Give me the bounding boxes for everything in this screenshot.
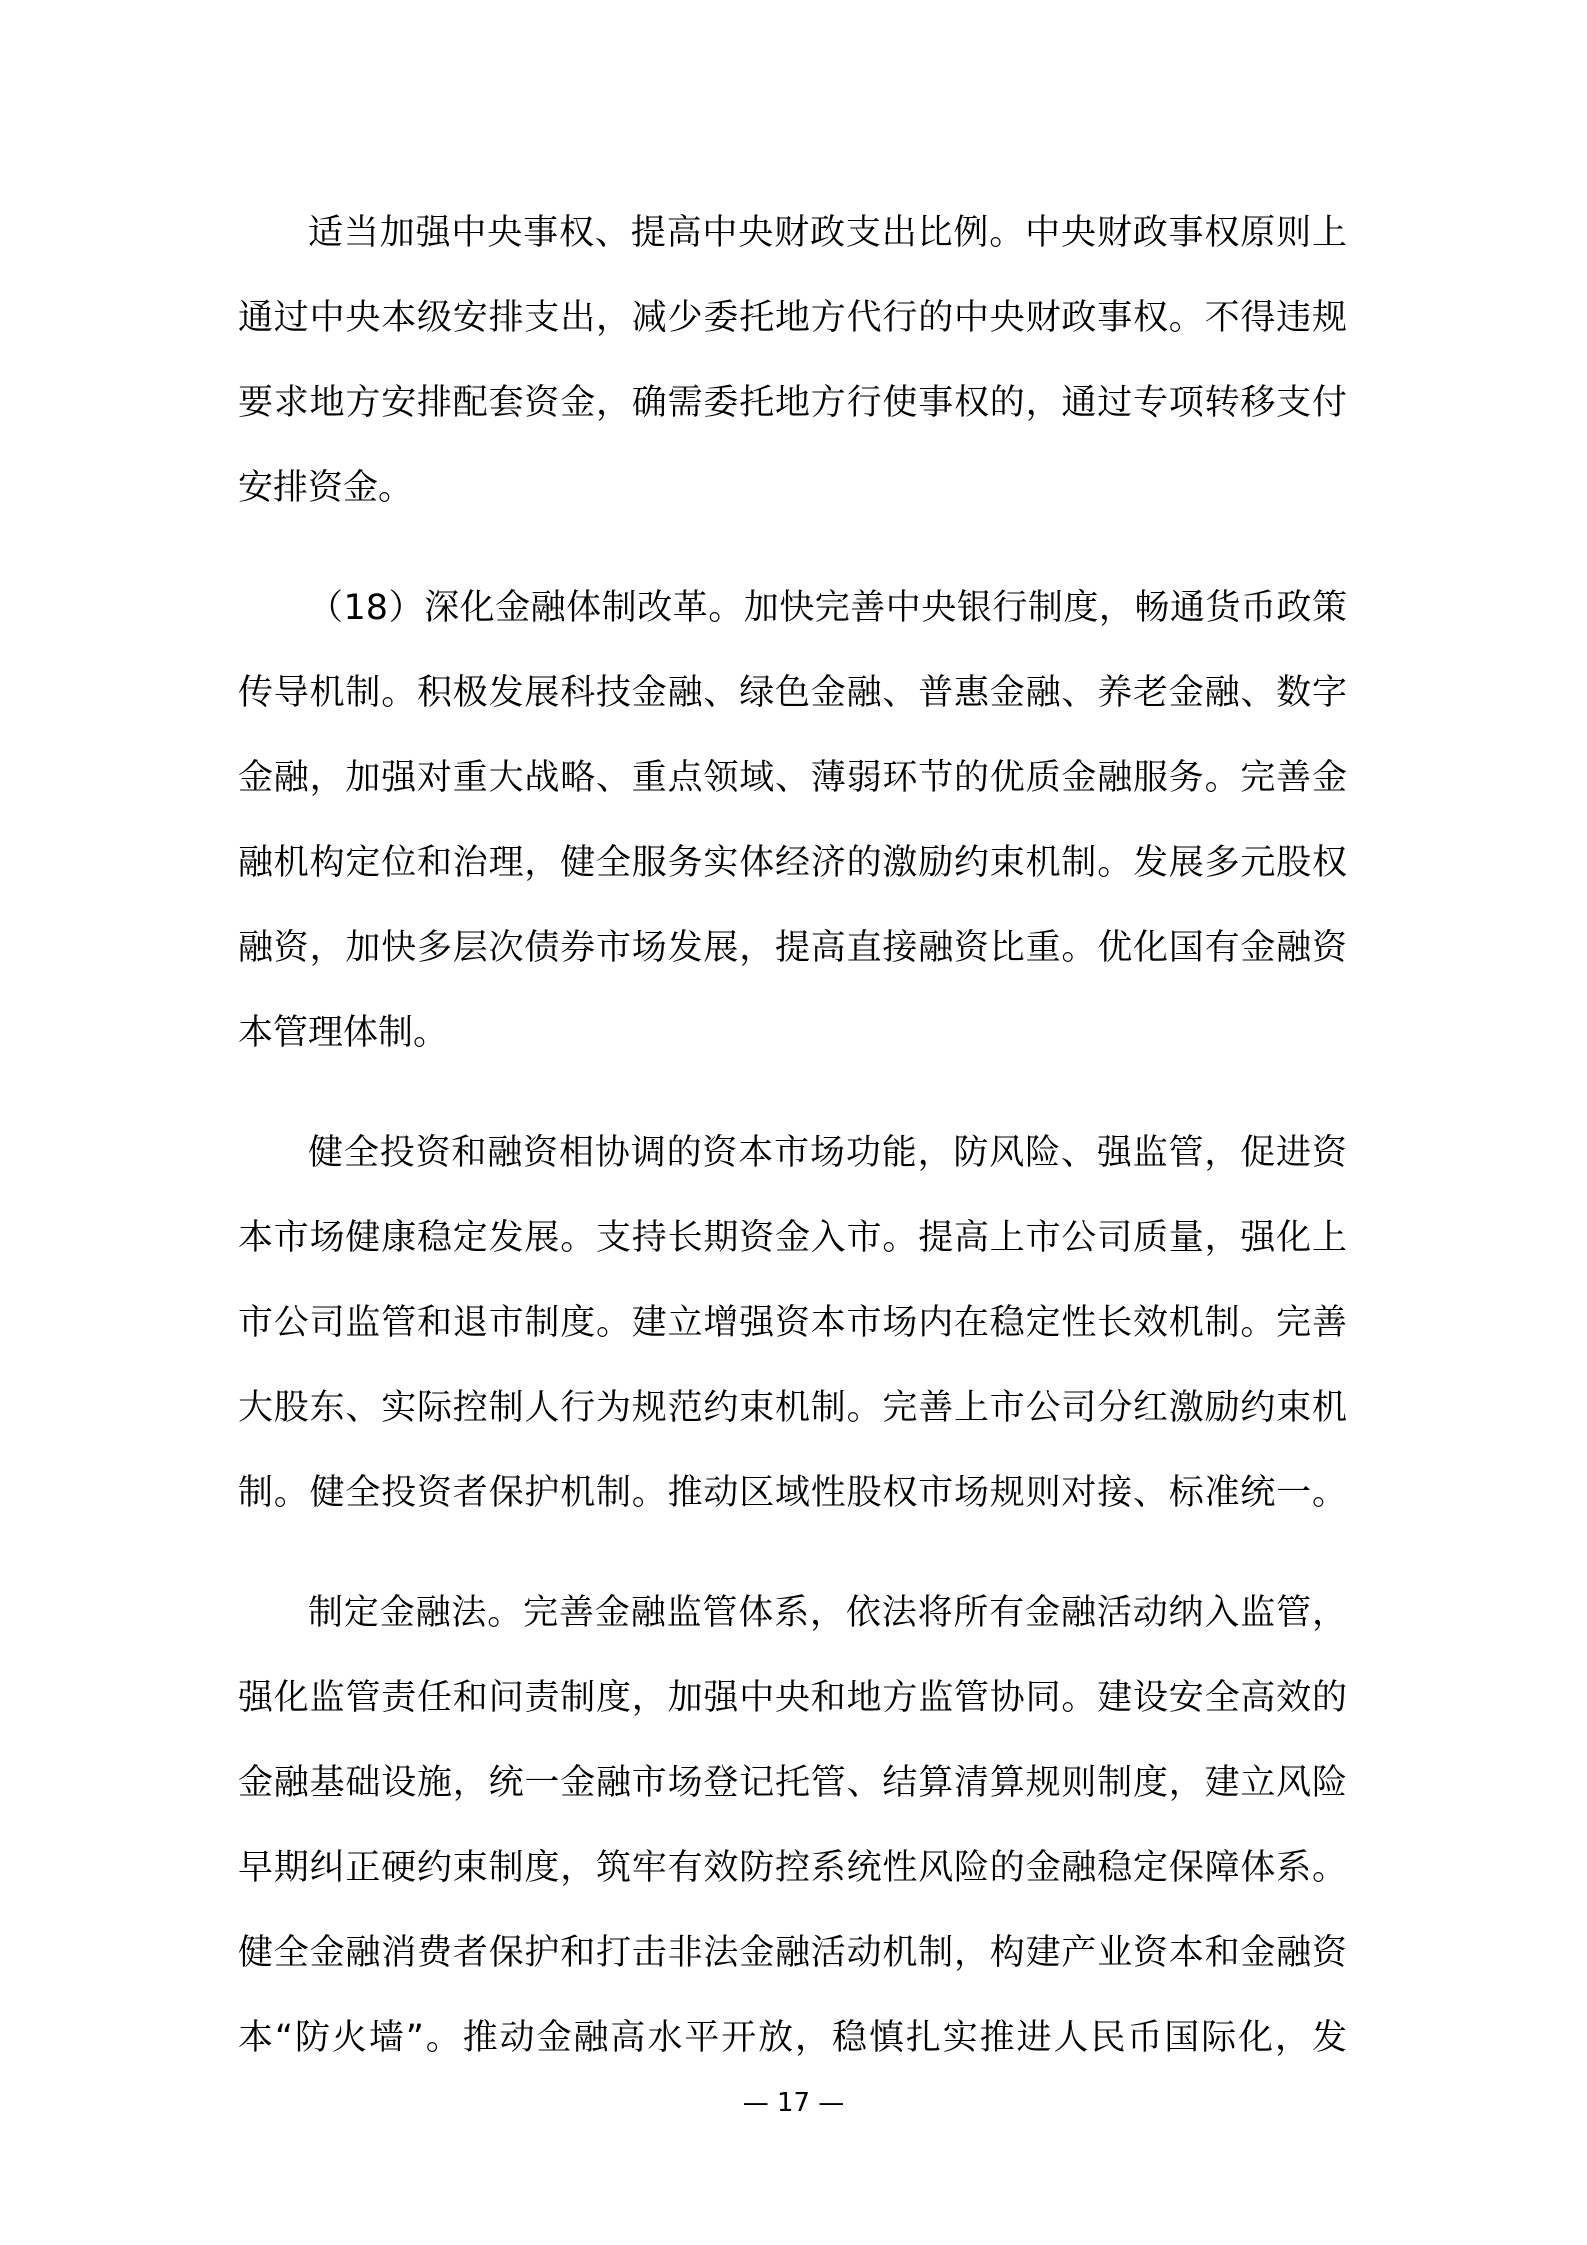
text-line: 金融基础设施，统一金融市场登记托管、结算清算规则制度，建立风险 <box>238 1741 1347 1826</box>
text-line: 金融，加强对重大战略、重点领域、薄弱环节的优质金融服务。完善金 <box>238 736 1347 821</box>
text-line: 健全投资和融资相协调的资本市场功能，防风险、强监管，促进资 <box>238 1111 1347 1196</box>
paragraph-fiscal-powers: 适当加强中央事权、提高中央财政支出比例。中央财政事权原则上 通过中央本级安排支出… <box>238 191 1347 531</box>
text-line: 市公司监管和退市制度。建立增强资本市场内在稳定性长效机制。完善 <box>238 1281 1347 1366</box>
text-line: 制定金融法。完善金融监管体系，依法将所有金融活动纳入监管， <box>238 1571 1347 1656</box>
text-line: 强化监管责任和问责制度，加强中央和地方监管协同。建设安全高效的 <box>238 1656 1347 1741</box>
text-line: 融机构定位和治理，健全服务实体经济的激励约束机制。发展多元股权 <box>238 821 1347 906</box>
document-page: 适当加强中央事权、提高中央财政支出比例。中央财政事权原则上 通过中央本级安排支出… <box>0 0 1587 2245</box>
text-line: 制。健全投资者保护机制。推动区域性股权市场规则对接、标准统一。 <box>238 1451 1347 1536</box>
paragraph-capital-market: 健全投资和融资相协调的资本市场功能，防风险、强监管，促进资 本市场健康稳定发展。… <box>238 1111 1347 1536</box>
text-line: 安排资金。 <box>238 446 1347 531</box>
document-body: 适当加强中央事权、提高中央财政支出比例。中央财政事权原则上 通过中央本级安排支出… <box>238 191 1347 2081</box>
text-line: 大股东、实际控制人行为规范约束机制。完善上市公司分红激励约束机 <box>238 1366 1347 1451</box>
text-line: 通过中央本级安排支出，减少委托地方代行的中央财政事权。不得违规 <box>238 276 1347 361</box>
text-line: （18）深化金融体制改革。加快完善中央银行制度，畅通货币政策 <box>238 566 1347 651</box>
text-line: 本“防火墙”。推动金融高水平开放，稳慎扎实推进人民币国际化，发 <box>238 1996 1347 2081</box>
text-line: 早期纠正硬约束制度，筑牢有效防控系统性风险的金融稳定保障体系。 <box>238 1826 1347 1911</box>
page-number: — 17 — <box>0 2083 1587 2123</box>
text-line: 健全金融消费者保护和打击非法金融活动机制，构建产业资本和金融资 <box>238 1911 1347 1996</box>
text-line: 融资，加快多层次债券市场发展，提高直接融资比重。优化国有金融资 <box>238 906 1347 991</box>
text-line: 传导机制。积极发展科技金融、绿色金融、普惠金融、养老金融、数字 <box>238 651 1347 736</box>
text-line: 本市场健康稳定发展。支持长期资金入市。提高上市公司质量，强化上 <box>238 1196 1347 1281</box>
text-line: 本管理体制。 <box>238 991 1347 1076</box>
paragraph-item-18-financial-reform: （18）深化金融体制改革。加快完善中央银行制度，畅通货币政策 传导机制。积极发展… <box>238 566 1347 1076</box>
text-line: 适当加强中央事权、提高中央财政支出比例。中央财政事权原则上 <box>238 191 1347 276</box>
paragraph-financial-law: 制定金融法。完善金融监管体系，依法将所有金融活动纳入监管， 强化监管责任和问责制… <box>238 1571 1347 2081</box>
text-line: 要求地方安排配套资金，确需委托地方行使事权的，通过专项转移支付 <box>238 361 1347 446</box>
